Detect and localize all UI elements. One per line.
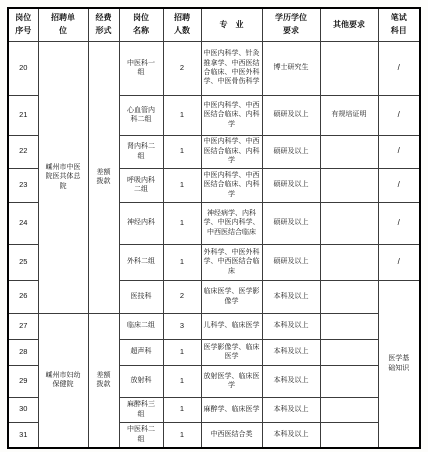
col-header-count: 招聘 人数 [163, 8, 201, 41]
cell-count: 1 [163, 422, 201, 448]
cell-post-no: 29 [8, 365, 38, 397]
cell-count: 1 [163, 168, 201, 202]
cell-unit: 嵊州市中医 院医共体总 院 [38, 41, 88, 313]
cell-major: 临床医学、医学影像学 [201, 280, 262, 313]
cell-exam: / [378, 244, 420, 280]
cell-post-name: 放射科 [119, 365, 163, 397]
cell-other [320, 41, 378, 95]
cell-other [320, 202, 378, 244]
cell-major: 外科学、中医外科学、中西医结合临床 [201, 244, 262, 280]
cell-degree: 本科及以上 [262, 397, 320, 422]
col-header-other: 其他要求 [320, 8, 378, 41]
cell-degree: 本科及以上 [262, 422, 320, 448]
cell-major: 中医内科学、中西医结合临床、内科学 [201, 95, 262, 135]
cell-post-name: 外科二组 [119, 244, 163, 280]
cell-other: 有规培证明 [320, 95, 378, 135]
cell-count: 2 [163, 41, 201, 95]
cell-major: 医学影像学、临床医学 [201, 339, 262, 365]
cell-post-no: 28 [8, 339, 38, 365]
cell-other [320, 280, 378, 313]
cell-degree: 硕研及以上 [262, 168, 320, 202]
cell-exam: / [378, 135, 420, 168]
cell-post-name: 神经内科 [119, 202, 163, 244]
cell-major: 儿科学、临床医学 [201, 313, 262, 339]
cell-post-name: 肾内科二 组 [119, 135, 163, 168]
cell-post-no: 27 [8, 313, 38, 339]
cell-count: 1 [163, 95, 201, 135]
cell-exam: / [378, 41, 420, 95]
cell-count: 2 [163, 280, 201, 313]
cell-exam: / [378, 202, 420, 244]
cell-degree: 硕研及以上 [262, 244, 320, 280]
cell-post-name: 心血管内 科二组 [119, 95, 163, 135]
col-header-unit: 招聘单 位 [38, 8, 88, 41]
cell-exam-merged: 医学基 础知识 [378, 280, 420, 448]
header-row: 岗位 序号 招聘单 位 经费 形式 岗位 名称 招聘 人数 专 业 学历学位 要… [8, 8, 420, 41]
cell-major: 中医内科学、中西医结合临床、内科学 [201, 168, 262, 202]
cell-other [320, 244, 378, 280]
cell-major: 中医内科学、针灸推拿学、中西医结合临床、中医外科学、中医骨伤科学 [201, 41, 262, 95]
cell-count: 1 [163, 339, 201, 365]
cell-major: 神经病学、内科学、中医内科学、中西医结合临床 [201, 202, 262, 244]
cell-post-no: 30 [8, 397, 38, 422]
table-row: 27 嵊州市妇幼 保健院 差额 拨款 临床二组 3 儿科学、临床医学 本科及以上 [8, 313, 420, 339]
cell-major: 麻醉学、临床医学 [201, 397, 262, 422]
cell-other [320, 339, 378, 365]
cell-post-name: 超声科 [119, 339, 163, 365]
cell-degree: 硕研及以上 [262, 95, 320, 135]
cell-post-no: 22 [8, 135, 38, 168]
cell-funding: 差额 拨款 [88, 313, 119, 448]
col-header-exam: 笔试 科目 [378, 8, 420, 41]
cell-post-name: 中医科一 组 [119, 41, 163, 95]
cell-other [320, 365, 378, 397]
cell-post-name: 呼吸内科 二组 [119, 168, 163, 202]
cell-count: 1 [163, 397, 201, 422]
cell-count: 1 [163, 244, 201, 280]
table-row: 20 嵊州市中医 院医共体总 院 差额 拨款 中医科一 组 2 中医内科学、针灸… [8, 41, 420, 95]
cell-major: 中医内科学、中西医结合临床、内科学 [201, 135, 262, 168]
cell-other [320, 168, 378, 202]
cell-post-no: 23 [8, 168, 38, 202]
cell-post-no: 25 [8, 244, 38, 280]
cell-major: 中西医结合类 [201, 422, 262, 448]
col-header-funding: 经费 形式 [88, 8, 119, 41]
cell-post-no: 31 [8, 422, 38, 448]
cell-count: 1 [163, 135, 201, 168]
cell-post-name: 中医科二 组 [119, 422, 163, 448]
cell-count: 1 [163, 365, 201, 397]
cell-count: 1 [163, 202, 201, 244]
cell-degree: 本科及以上 [262, 339, 320, 365]
col-header-post-name: 岗位 名称 [119, 8, 163, 41]
cell-other [320, 397, 378, 422]
cell-degree: 硕研及以上 [262, 135, 320, 168]
cell-other [320, 313, 378, 339]
cell-degree: 博士研究生 [262, 41, 320, 95]
col-header-degree: 学历学位 要求 [262, 8, 320, 41]
cell-count: 3 [163, 313, 201, 339]
col-header-post-no: 岗位 序号 [8, 8, 38, 41]
cell-degree: 硕研及以上 [262, 202, 320, 244]
cell-degree: 本科及以上 [262, 365, 320, 397]
cell-funding: 差额 拨款 [88, 41, 119, 313]
cell-other [320, 422, 378, 448]
cell-post-no: 26 [8, 280, 38, 313]
col-header-major: 专 业 [201, 8, 262, 41]
cell-unit: 嵊州市妇幼 保健院 [38, 313, 88, 448]
cell-exam: / [378, 95, 420, 135]
cell-post-name: 医技科 [119, 280, 163, 313]
cell-exam: / [378, 168, 420, 202]
cell-degree: 本科及以上 [262, 313, 320, 339]
recruitment-table: 岗位 序号 招聘单 位 经费 形式 岗位 名称 招聘 人数 专 业 学历学位 要… [7, 7, 421, 449]
cell-degree: 本科及以上 [262, 280, 320, 313]
cell-major: 放射医学、临床医学 [201, 365, 262, 397]
cell-post-name: 麻醉科三 组 [119, 397, 163, 422]
cell-post-name: 临床二组 [119, 313, 163, 339]
cell-post-no: 21 [8, 95, 38, 135]
cell-post-no: 24 [8, 202, 38, 244]
cell-other [320, 135, 378, 168]
cell-post-no: 20 [8, 41, 38, 95]
